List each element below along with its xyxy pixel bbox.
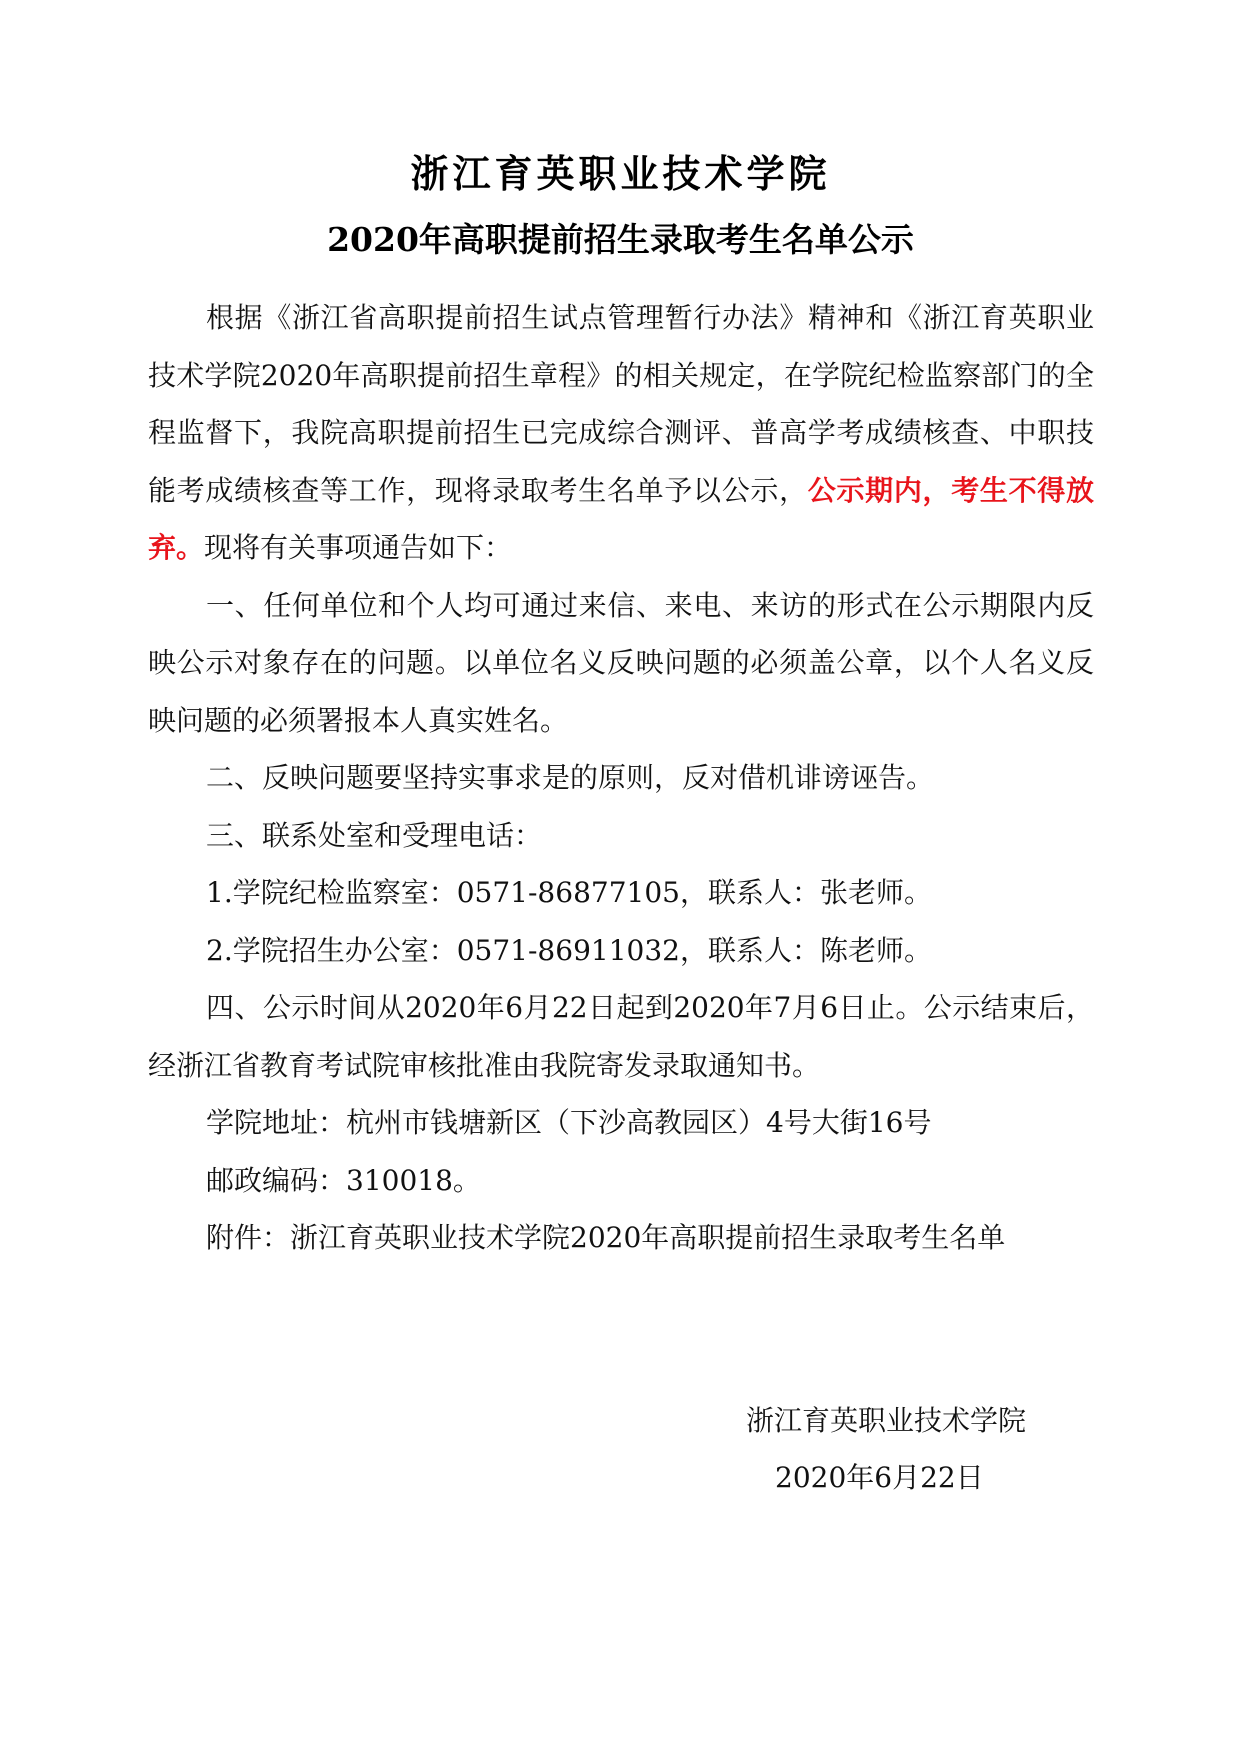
item-address: 学院地址：杭州市钱塘新区（下沙高教园区）4号大街16号	[148, 1094, 1094, 1152]
item-postal-code: 邮政编码：310018。	[148, 1152, 1094, 1210]
document-page: 浙江育英职业技术学院 2020年高职提前招生录取考生名单公示 根据《浙江省高职提…	[0, 0, 1241, 1754]
item-complaint-channels: 一、任何单位和个人均可通过来信、来电、来访的形式在公示期限内反映公示对象存在的问…	[148, 577, 1094, 750]
intro-paragraph: 根据《浙江省高职提前招生试点管理暂行办法》精神和《浙江育英职业技术学院2020年…	[148, 289, 1094, 577]
signature-date: 2020年6月22日	[775, 1449, 984, 1507]
document-body: 根据《浙江省高职提前招生试点管理暂行办法》精神和《浙江育英职业技术学院2020年…	[148, 289, 1094, 1267]
item-truthfulness: 二、反映问题要坚持实事求是的原则，反对借机诽谤诬告。	[148, 749, 1094, 807]
item-contacts-heading: 三、联系处室和受理电话：	[148, 807, 1094, 865]
document-title: 浙江育英职业技术学院	[0, 143, 1241, 198]
document-subtitle: 2020年高职提前招生录取考生名单公示	[0, 214, 1241, 261]
item-contact-discipline-office: 1.学院纪检监察室：0571-86877105，联系人：张老师。	[148, 864, 1094, 922]
signature-organization: 浙江育英职业技术学院	[746, 1392, 1026, 1450]
item-attachment: 附件：浙江育英职业技术学院2020年高职提前招生录取考生名单	[148, 1209, 1094, 1267]
intro-text-end: 现将有关事项通告如下：	[204, 531, 512, 564]
item-publicity-period: 四、公示时间从2020年6月22日起到2020年7月6日止。公示结束后，经浙江省…	[148, 979, 1094, 1094]
item-contact-admissions-office: 2.学院招生办公室：0571-86911032，联系人：陈老师。	[148, 922, 1094, 980]
